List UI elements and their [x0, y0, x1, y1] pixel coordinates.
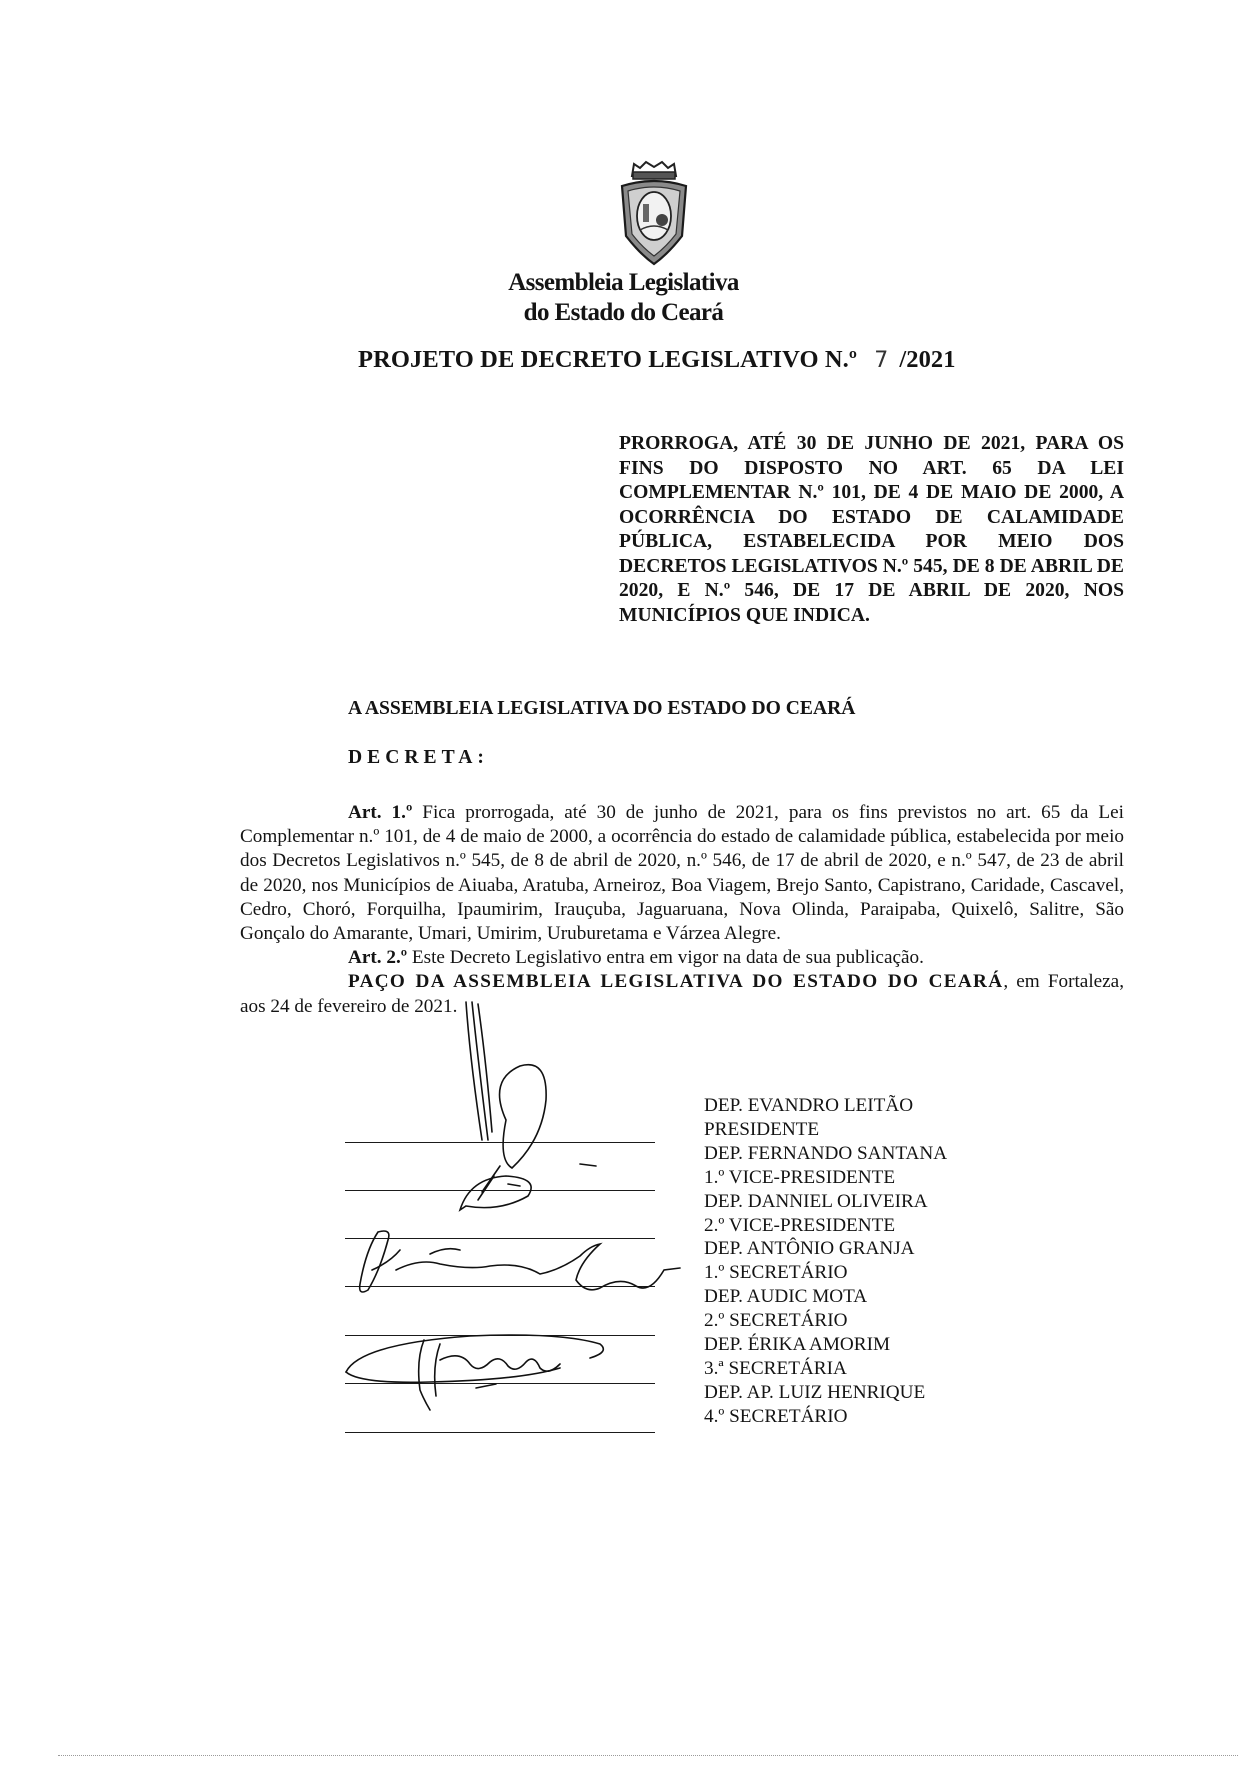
- signature-line: [345, 1335, 655, 1336]
- signer-name: DEP. FERNANDO SANTANA: [704, 1142, 947, 1166]
- signer-role: 2.º SECRETÁRIO: [704, 1309, 947, 1333]
- signature-line: [345, 1383, 655, 1384]
- signer-role: 4.º SECRETÁRIO: [704, 1405, 947, 1429]
- handwritten-number: 7: [863, 348, 899, 373]
- signer-role: 1.º VICE-PRESIDENTE: [704, 1166, 947, 1190]
- signer-role: 1.º SECRETÁRIO: [704, 1261, 947, 1285]
- scan-footer-artifact: [58, 1755, 1238, 1756]
- signer-name: DEP. AP. LUIZ HENRIQUE: [704, 1381, 947, 1405]
- signature-lines: [345, 0, 655, 1766]
- signers-list: DEP. EVANDRO LEITÃO PRESIDENTE DEP. FERN…: [704, 1094, 947, 1429]
- signer-name: DEP. ANTÔNIO GRANJA: [704, 1237, 947, 1261]
- signature-line: [345, 1432, 655, 1433]
- signer-role: 3.ª SECRETÁRIA: [704, 1357, 947, 1381]
- signer-name: DEP. EVANDRO LEITÃO: [704, 1094, 947, 1118]
- signer-role: PRESIDENTE: [704, 1118, 947, 1142]
- signer-name: DEP. ÉRIKA AMORIM: [704, 1333, 947, 1357]
- signer-role: 2.º VICE-PRESIDENTE: [704, 1214, 947, 1238]
- signature-line: [345, 1238, 655, 1239]
- signer-name: DEP. DANNIEL OLIVEIRA: [704, 1190, 947, 1214]
- signature-line: [345, 1286, 655, 1287]
- ementa-summary: PRORROGA, ATÉ 30 DE JUNHO DE 2021, PARA …: [619, 432, 1124, 628]
- title-suffix: /2021: [899, 346, 955, 373]
- signature-line: [345, 1190, 655, 1191]
- signer-name: DEP. AUDIC MOTA: [704, 1285, 947, 1309]
- signature-line: [345, 1142, 655, 1143]
